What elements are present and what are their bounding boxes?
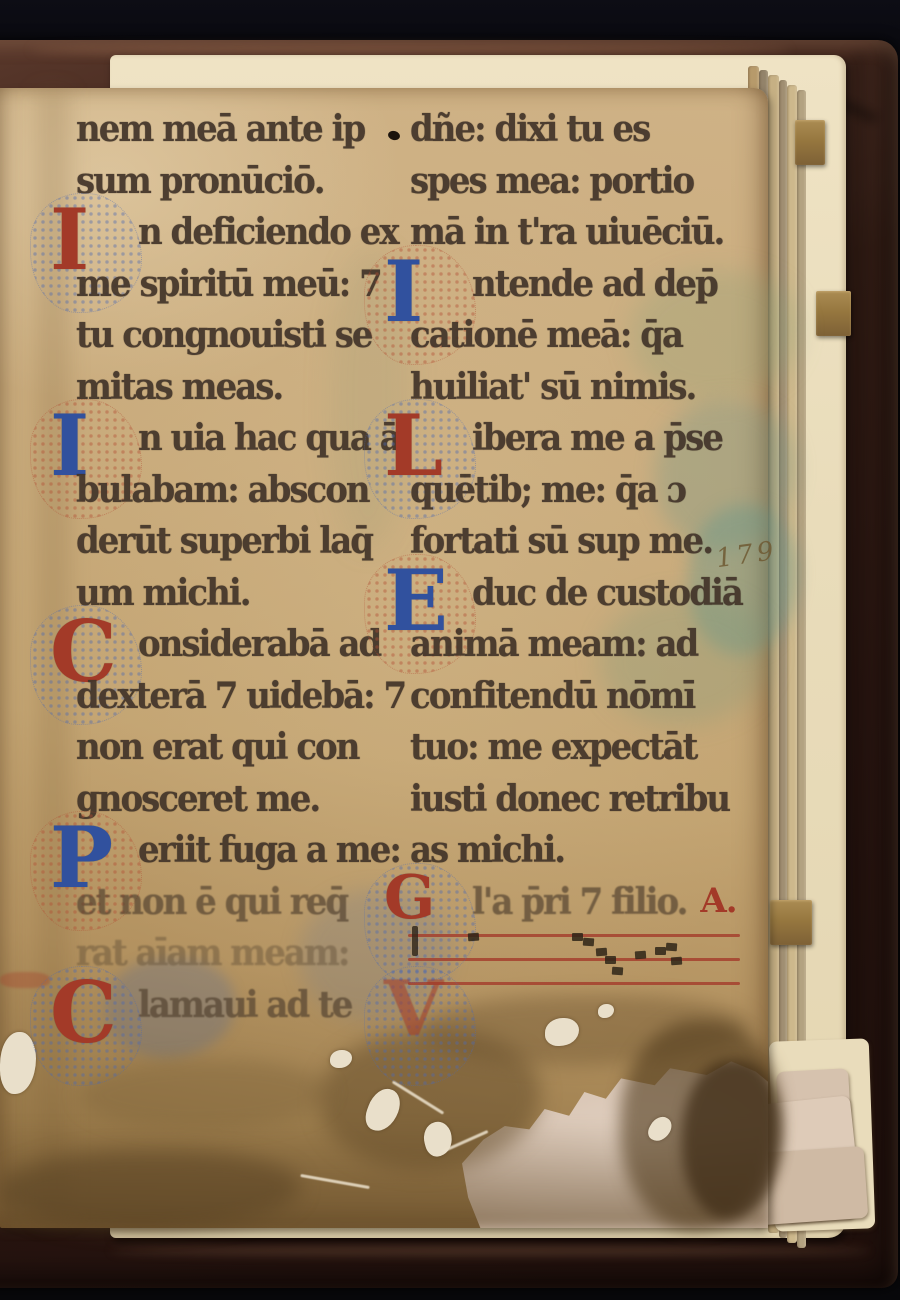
bookmark-tab <box>795 120 825 165</box>
bookmark-tab <box>816 291 851 336</box>
leather-highlight-bottom <box>110 1246 870 1255</box>
red-margin-smudge <box>0 972 50 988</box>
bookmark-tab <box>770 900 812 945</box>
page-curvature-shade <box>36 90 70 1220</box>
leather-highlight-top <box>30 45 790 55</box>
manuscript-photo: 179 nem meā ante ipsum pronūciō.In defic… <box>0 0 900 1300</box>
